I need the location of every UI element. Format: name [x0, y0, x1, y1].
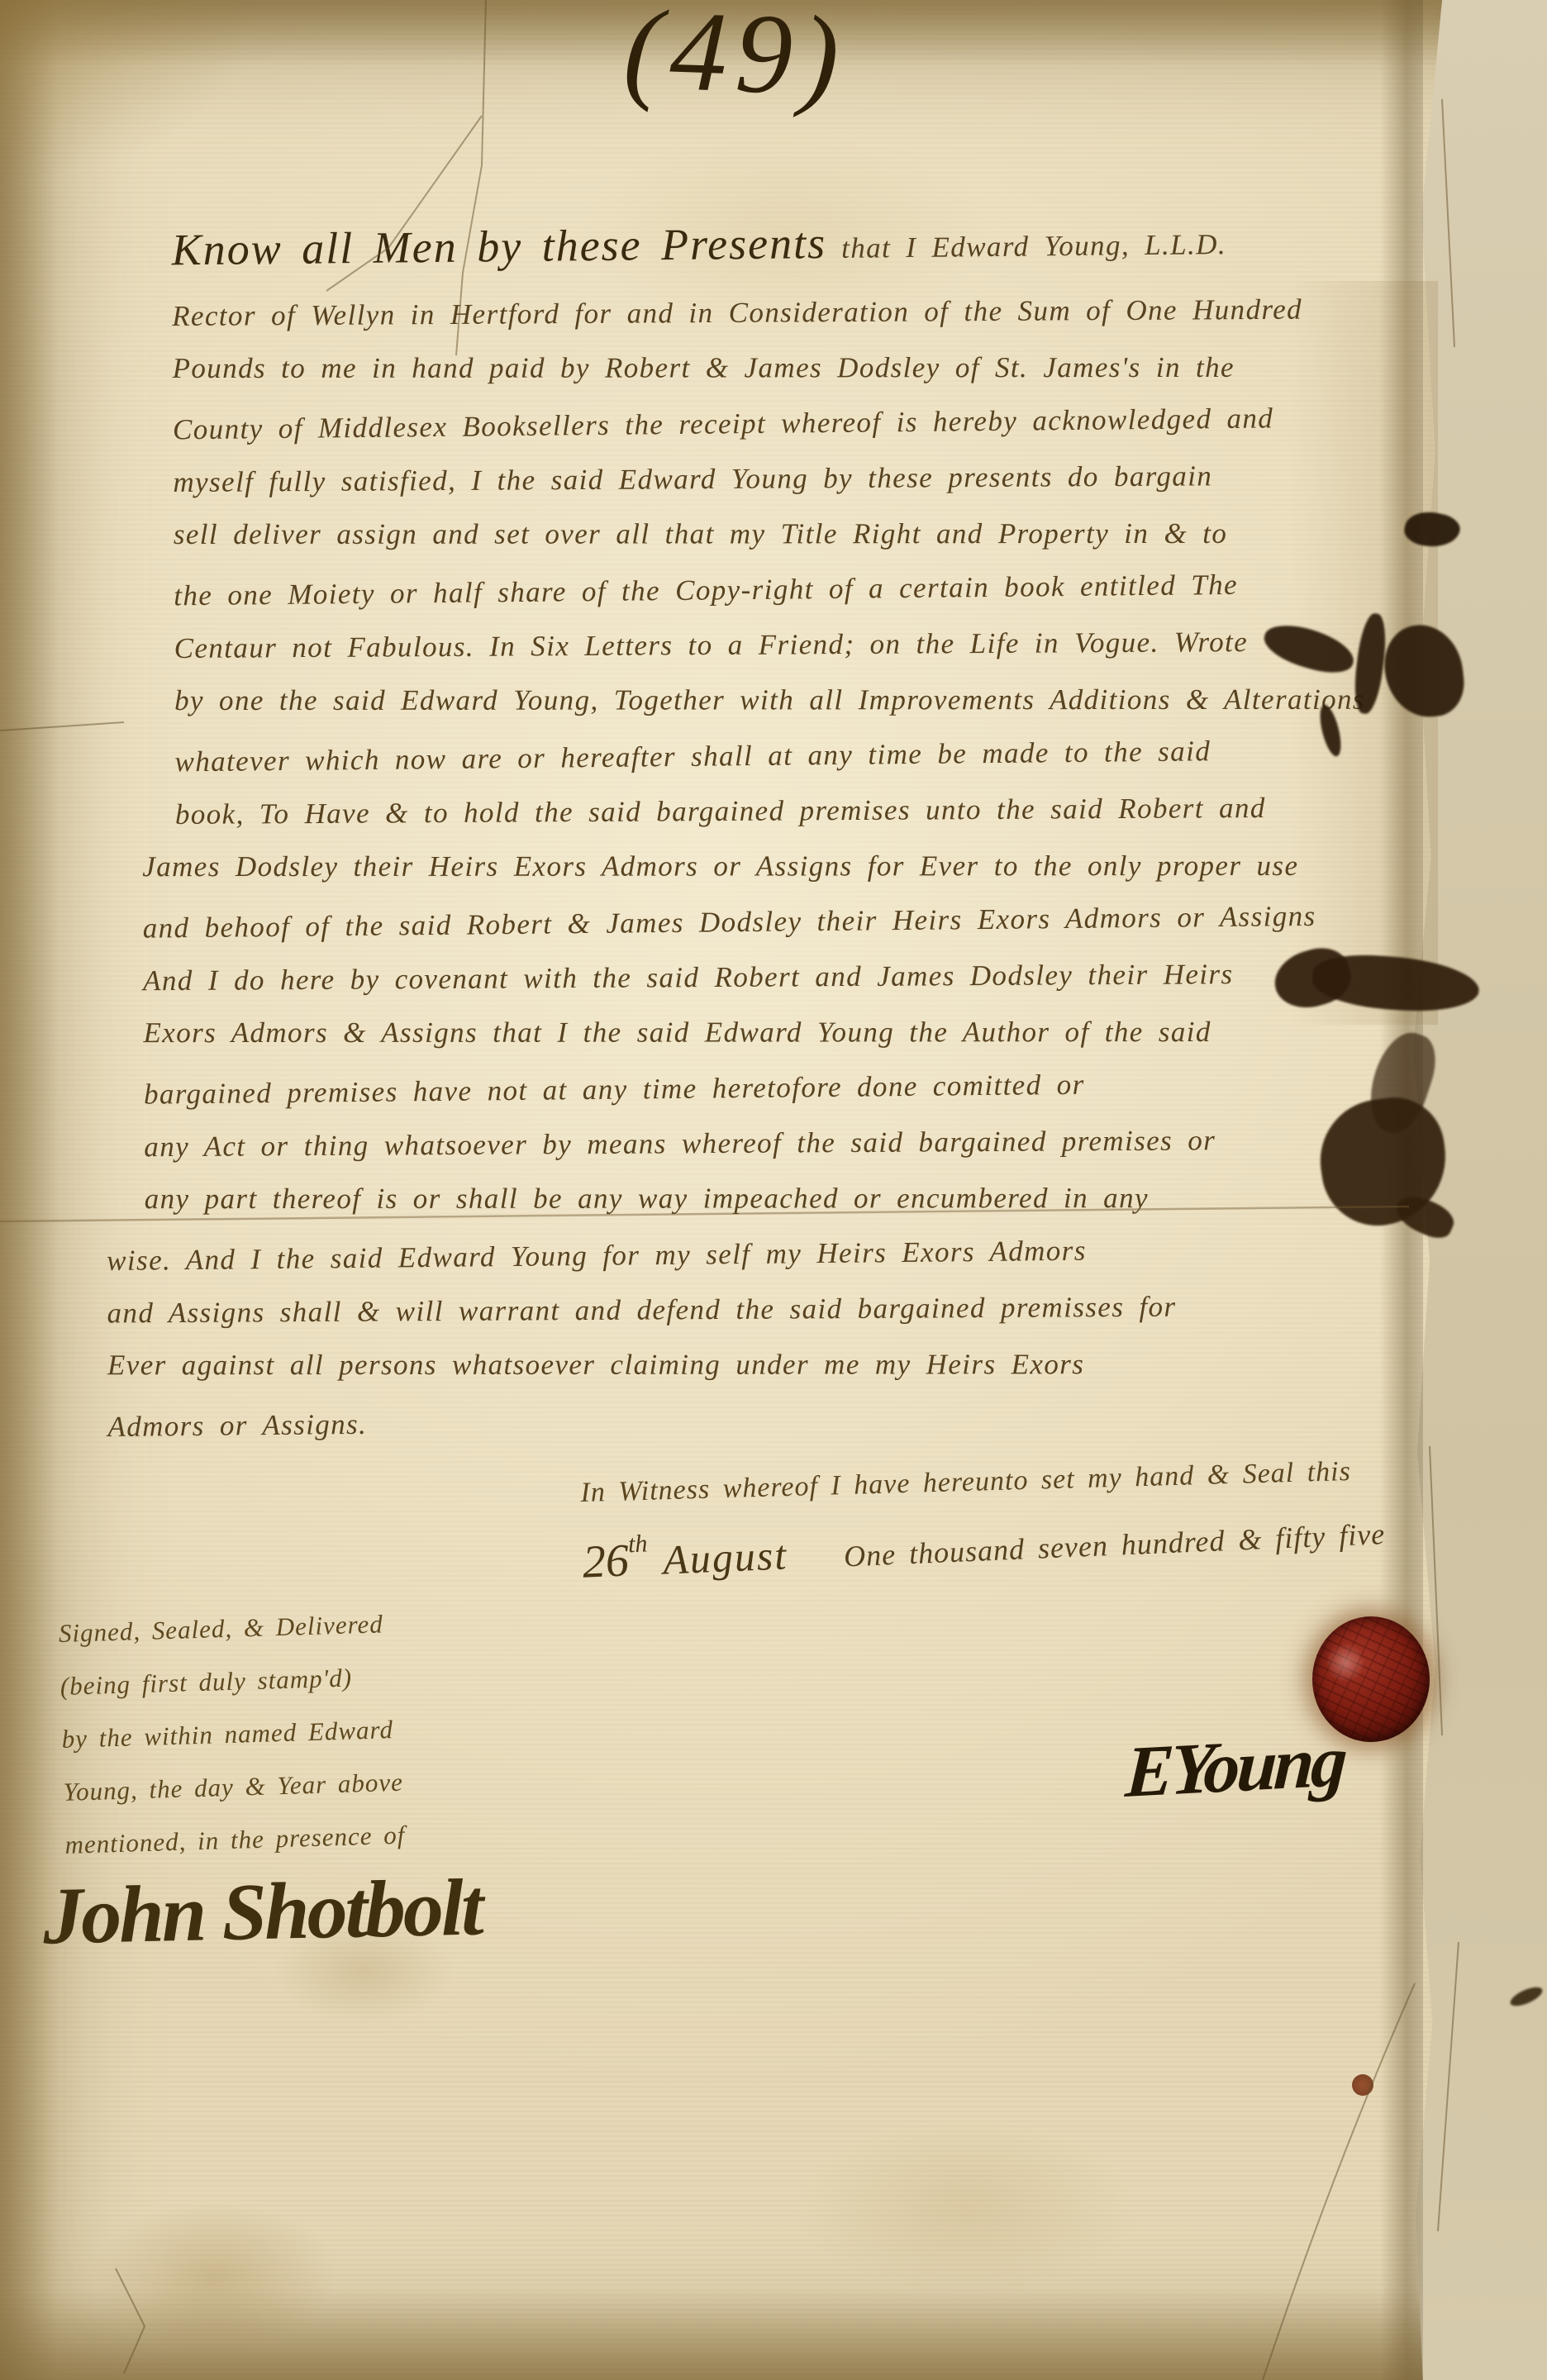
manuscript-page: (49) Know all Men by these Presentsthat … [0, 0, 1547, 2380]
crease-lines [0, 0, 1547, 2380]
